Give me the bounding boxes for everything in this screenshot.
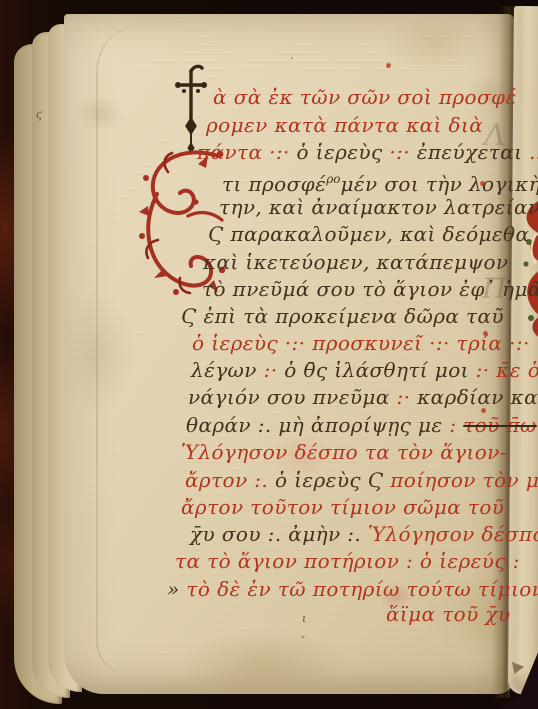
text-line: την, καὶ ἀναίμακτον λατρείαν <box>219 194 538 220</box>
text-run: ρο <box>326 172 340 186</box>
text-run: ·:· <box>389 140 416 164</box>
text-line: Ϛ παρακαλοῦμεν, καὶ δεόμεθα <box>208 221 529 247</box>
text-line: ρομεν κατὰ πάντα καὶ διὰ <box>206 112 483 138</box>
text-line: λέγων :· ὁ θ̄ς ἱλάσθητί μοι :· κ̄ε ὁ τὸ … <box>191 357 538 383</box>
text-run: τὸ δὲ ἐν τῶ ποτηρίω τούτω τίμιον <box>186 577 538 601</box>
red-ink-speck <box>386 62 391 69</box>
manuscript-photo: ὰ σὰ ἐκ τῶν σῶν σοὶ προσφέρομεν κατὰ πάν… <box>0 0 538 709</box>
text-run: τα τὸ ἅγιον ποτήριον : ὁ ἱερεύς : <box>175 549 520 573</box>
text-run: ἄρτον τοῦτον τίμιον σῶμα τοῦ <box>181 495 504 519</box>
text-run: ἅϊμα τοῦ χ̄υ <box>386 602 511 626</box>
text-run: » <box>167 577 186 601</box>
text-run: ρομεν κατὰ πάντα καὶ διὰ <box>206 113 483 137</box>
ink-fleck: ι <box>302 612 306 625</box>
text-run: ἐπεύχεται <box>417 140 529 164</box>
red-ink-speck <box>481 407 486 414</box>
text-run: καὶ ἱκετεύομεν, κατάπεμψον <box>203 250 508 274</box>
text-run: :· <box>396 385 417 409</box>
text-run: ὰ σὰ ἐκ τῶν σῶν σοὶ προσφέ <box>213 85 517 109</box>
text-line: » τὸ δὲ ἐν τῶ ποτηρίω τούτω τίμιον <box>167 576 538 602</box>
text-run: θαράν :. μὴ ἀπορίψῃς με <box>186 413 449 437</box>
text-line: θαράν :. μὴ ἀπορίψῃς με : τοῦ π̄ω <box>186 412 537 438</box>
text-line: ἄρτον τοῦτον τίμιον σῶμα τοῦ <box>181 494 504 520</box>
text-line: καὶ ἱκετεύομεν, κατάπεμψον <box>203 249 508 275</box>
text-run: .:. <box>529 140 538 164</box>
text-line: πάντα ·:· ὁ ἱερεὺς ·:· ἐπεύχεται .:. <box>197 139 538 165</box>
text-run: πάντα ·:· <box>197 140 297 164</box>
red-ink-speck <box>483 330 488 337</box>
text-run: καρδίαν κα <box>417 385 538 409</box>
text-run: :· κ̄ε ὁ τὸ π̄α <box>476 358 538 382</box>
text-line: Ϛ ἐπὶ τὰ προκείμενα δῶρα ταῦ <box>181 303 504 329</box>
text-run: τι προσφέ <box>222 172 326 196</box>
text-line: ἄρτον :. ὁ ἱερεὺς Ϛ ποίησον τὸν μὲν <box>185 467 538 493</box>
red-ink-speck <box>480 180 485 187</box>
text-run: τοῦ π̄ω <box>463 413 536 437</box>
text-run: ὁ ἱερεὺς <box>297 140 390 164</box>
text-run: Ϛ ἐπὶ τὰ προκείμενα δῶρα ταῦ <box>181 304 504 328</box>
text-run: Ὑλόγησον δέσπο <box>368 522 538 546</box>
text-line: χ̄υ σου :. ἀμὴν :. Ὑλόγησον δέσπο <box>190 521 538 547</box>
text-line: Ὑλόγησον δέσπο τα τὸν ἅγιον- <box>181 439 507 465</box>
ink-fleck: · <box>290 52 294 65</box>
text-run: ὁ θ̄ς ἱλάσθητί μοι <box>284 358 475 382</box>
text-line: τι προσφέρομέν σοι τὴν λογικὴν ταύ <box>222 166 538 197</box>
text-line: νάγιόν σου πνεῦμα :· καρδίαν κα <box>188 384 538 410</box>
text-run: :· <box>264 358 285 382</box>
text-line: τα τὸ ἅγιον ποτήριον : ὁ ἱερεύς : <box>175 548 520 574</box>
text-run: νάγιόν σου πνεῦμα <box>188 385 396 409</box>
text-run: μέν σοι τὴν λογικὴν ταύ <box>340 172 538 196</box>
text-run: ποίησον τὸν μὲν <box>390 468 538 492</box>
text-run: χ̄υ σου :. ἀμὴν :. <box>190 522 368 546</box>
text-run: τὸ πνεῦμά σου τὸ ἅγιον ἐφ᾽ ἡμᾶς <box>202 277 538 301</box>
text-run: ἄρτον :. <box>185 468 275 492</box>
text-run: την, καὶ ἀναίμακτον λατρείαν <box>219 195 538 219</box>
text-run: Ϛ παρακαλοῦμεν, καὶ δεόμεθα <box>208 222 529 246</box>
ink-fleck: ϛ <box>36 108 42 121</box>
text-line: τὸ πνεῦμά σου τὸ ἅγιον ἐφ᾽ ἡμᾶς <box>202 276 538 302</box>
text-run: : <box>449 413 463 437</box>
text-line: ὰ σὰ ἐκ τῶν σῶν σοὶ προσφέ <box>213 84 517 110</box>
ink-fleck: - <box>301 630 305 643</box>
text-run: ὁ ἱερεὺς Ϛ <box>275 468 390 492</box>
text-run: λέγων <box>191 358 264 382</box>
text-run: Ὑλόγησον δέσπο τα τὸν ἅγιον- <box>181 440 507 464</box>
text-line: ἅϊμα τοῦ χ̄υ <box>386 601 511 627</box>
